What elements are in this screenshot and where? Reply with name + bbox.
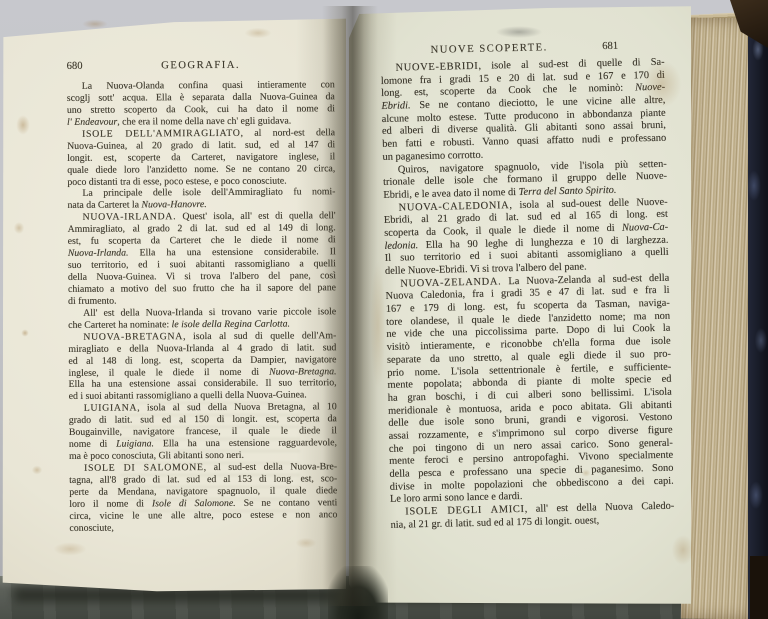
right-page-number: 681 xyxy=(556,40,664,54)
header-spacer xyxy=(380,45,422,58)
right-page-text: NUOVE SCOPERTE. 681 NUOVE-EBRIDI, isole … xyxy=(380,40,675,533)
left-page-header: 680 GEOGRAFIA. xyxy=(67,59,335,73)
text-line: conosciute, xyxy=(69,521,337,535)
left-running-title: GEOGRAFIA. xyxy=(109,59,293,72)
right-page-lines: NUOVE-EBRIDI, isole al sud-est di quelle… xyxy=(380,57,674,533)
header-spacer xyxy=(293,59,335,71)
left-page-number: 680 xyxy=(67,61,109,73)
left-page-lines: La Nuova-Olanda confina quasi intieramen… xyxy=(67,79,338,534)
binding-corner-bottom xyxy=(750,556,768,619)
marbled-cover xyxy=(748,0,768,619)
book-photo: 680 GEOGRAFIA. La Nuova-Olanda confina q… xyxy=(0,0,768,619)
right-running-title: NUOVE SCOPERTE. xyxy=(422,42,556,57)
left-page-text: 680 GEOGRAFIA. La Nuova-Olanda confina q… xyxy=(67,59,338,534)
gutter-bottom-shadow xyxy=(328,566,388,619)
